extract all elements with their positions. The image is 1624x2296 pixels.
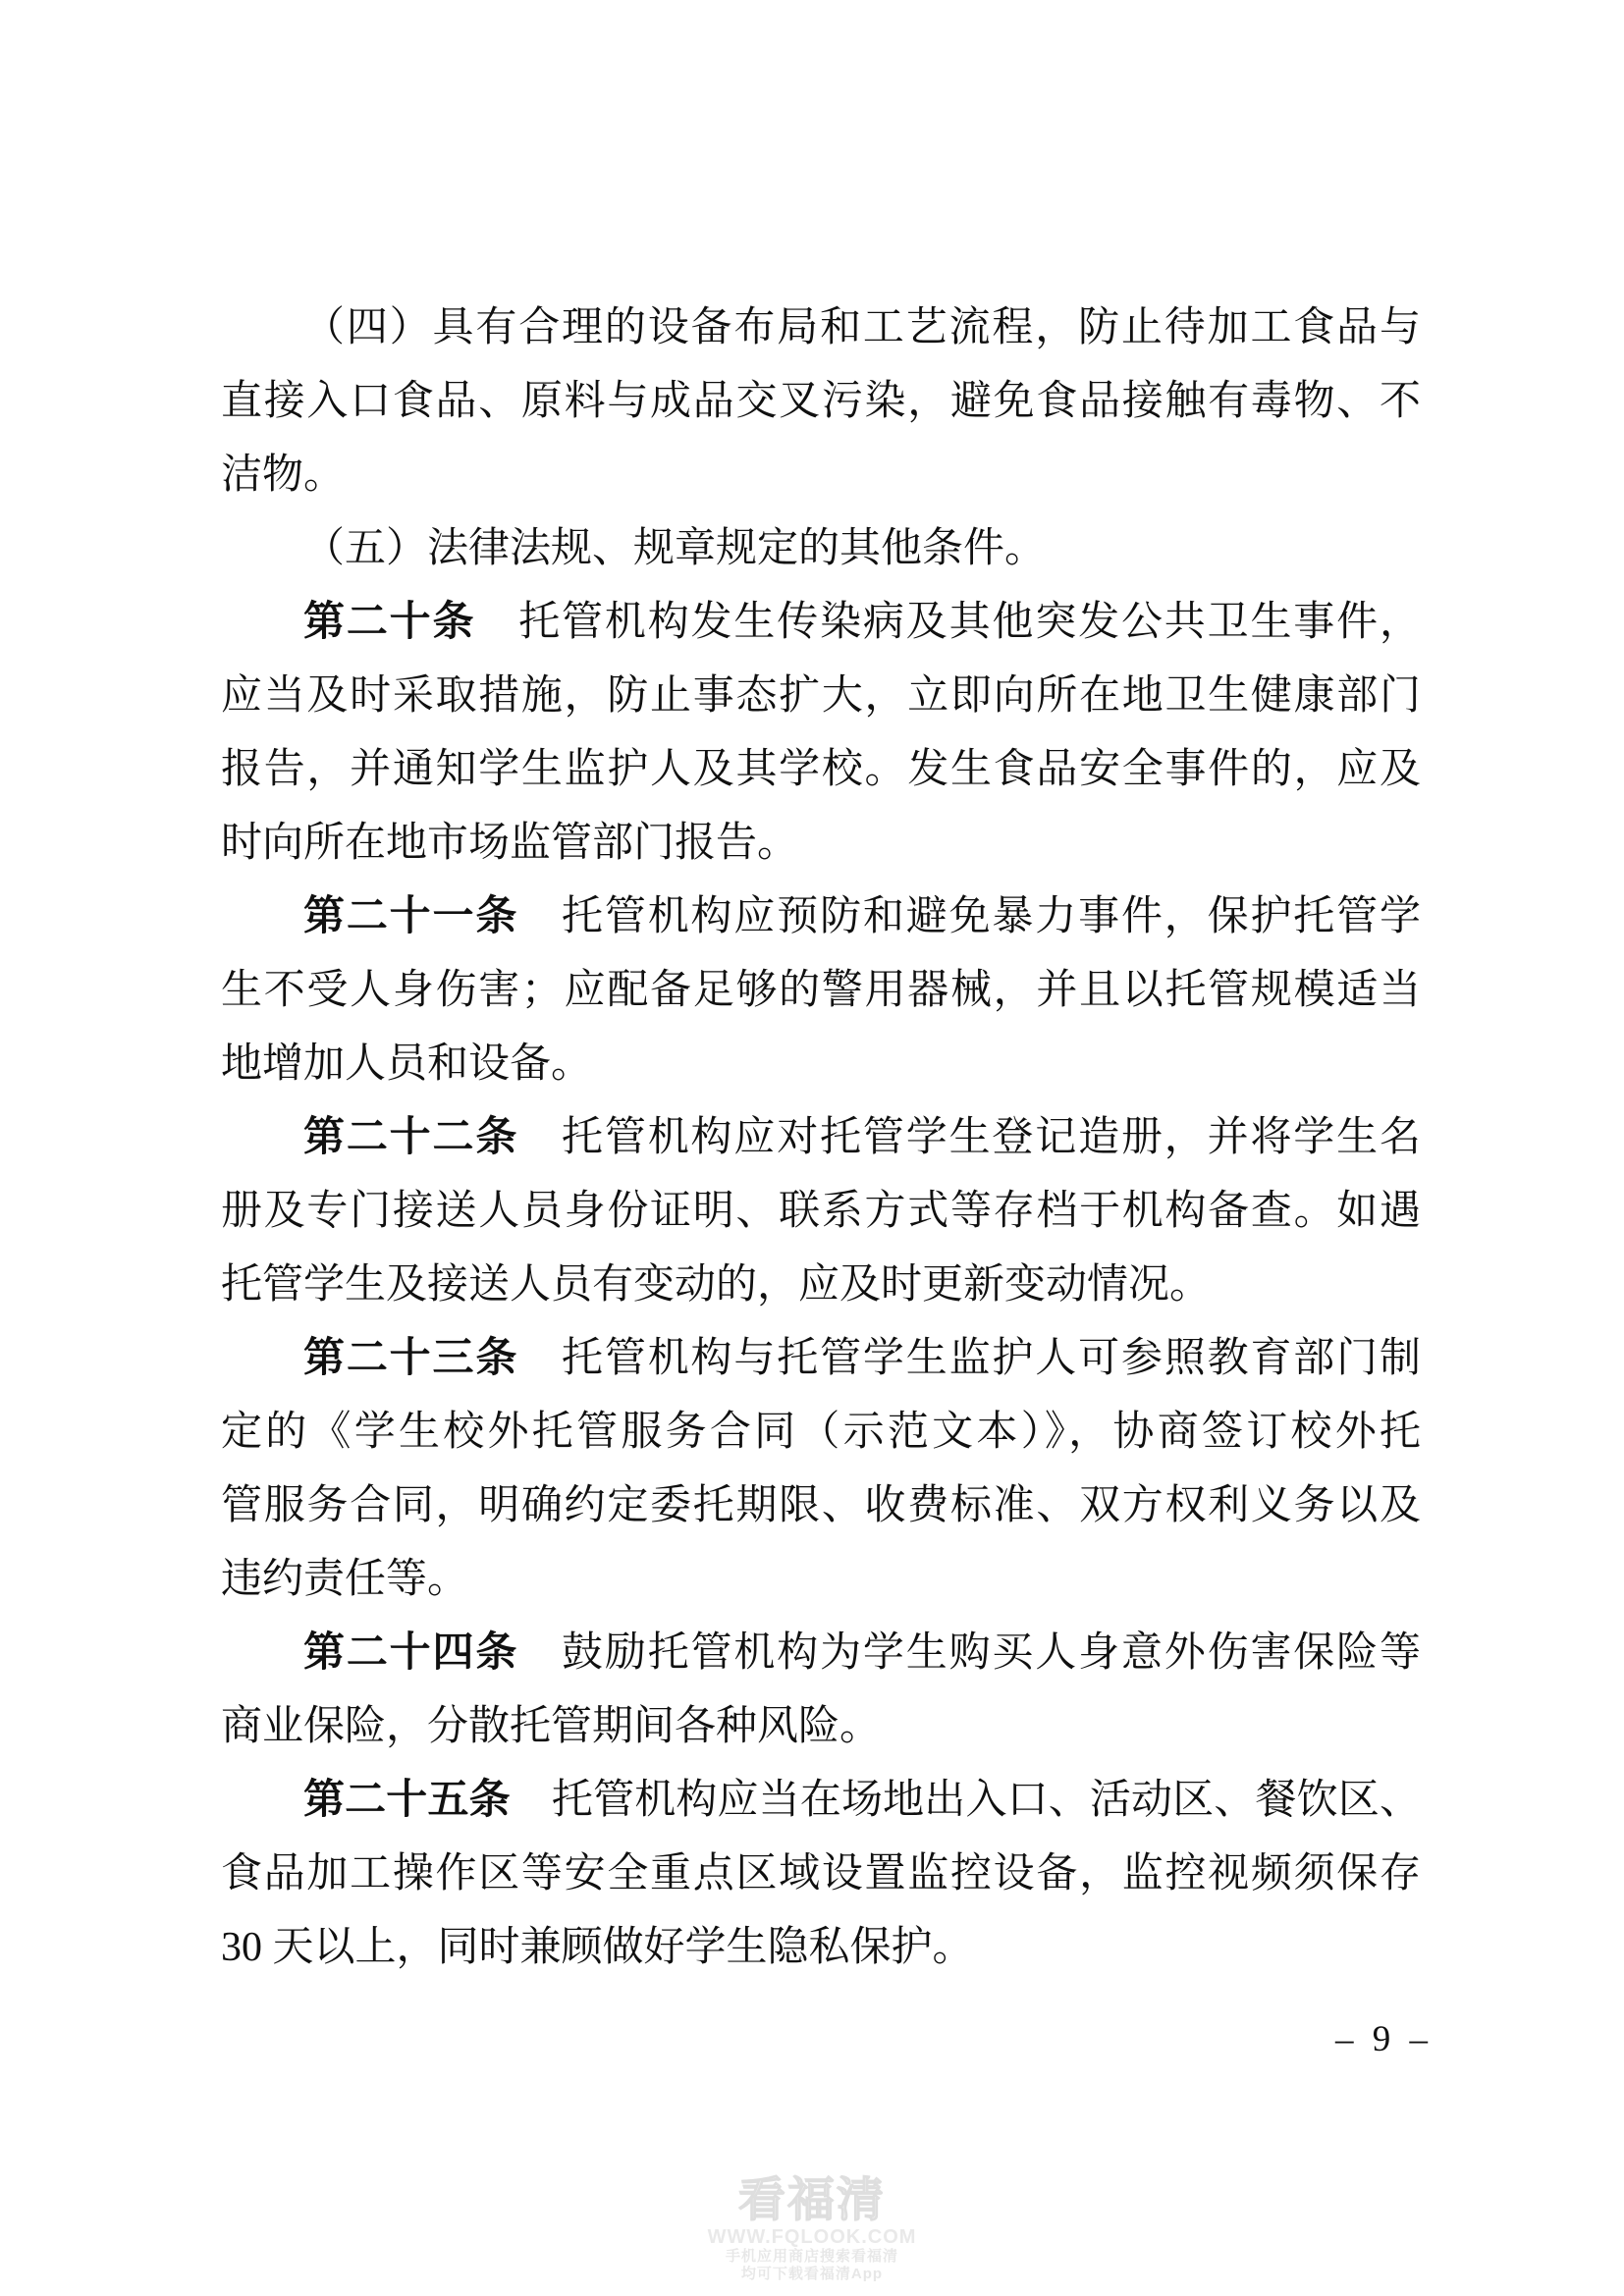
paragraph: （四）具有合理的设备布局和工艺流程，防止待加工食品与直接入口食品、原料与成品交叉…	[221, 292, 1421, 512]
text-line: 册及专门接送人员身份证明、联系方式等存档于机构备查。如遇	[221, 1175, 1421, 1249]
document-body: （四）具有合理的设备布局和工艺流程，防止待加工食品与直接入口食品、原料与成品交叉…	[221, 292, 1421, 1985]
article-number: 第二十二条	[303, 1115, 518, 1160]
text-line: 直接入口食品、原料与成品交叉污染，避免食品接触有毒物、不	[221, 365, 1421, 439]
paragraph: 第二十二条 托管机构应对托管学生登记造册，并将学生名册及专门接送人员身份证明、联…	[221, 1101, 1421, 1322]
article-number: 第二十四条	[303, 1630, 518, 1676]
text-line: 时向所在地市场监管部门报告。	[221, 807, 1421, 881]
paragraph: 第二十五条 托管机构应当在场地出入口、活动区、餐饮区、食品加工操作区等安全重点区…	[221, 1764, 1421, 1985]
text-line: 第二十一条 托管机构应预防和避免暴力事件，保护托管学	[221, 881, 1421, 954]
watermark-line1: 手机应用商店搜索看福清	[0, 2248, 1624, 2266]
paragraph: （五）法律法规、规章规定的其他条件。	[221, 512, 1421, 586]
text-line: （四）具有合理的设备布局和工艺流程，防止待加工食品与	[221, 292, 1421, 365]
paragraph: 第二十一条 托管机构应预防和避免暴力事件，保护托管学生不受人身伤害；应配备足够的…	[221, 881, 1421, 1101]
text-line: 30 天以上，同时兼顾做好学生隐私保护。	[221, 1911, 1421, 1985]
text-line: 第二十条 托管机构发生传染病及其他突发公共卫生事件，	[221, 586, 1421, 660]
text-line: 地增加人员和设备。	[221, 1028, 1421, 1101]
text-line: 违约责任等。	[221, 1543, 1421, 1617]
page-number: – 9 –	[1335, 2018, 1428, 2061]
text-line: 第二十二条 托管机构应对托管学生登记造册，并将学生名	[221, 1101, 1421, 1175]
text-line: 食品加工操作区等安全重点区域设置监控设备，监控视频须保存	[221, 1838, 1421, 1911]
document-page: （四）具有合理的设备布局和工艺流程，防止待加工食品与直接入口食品、原料与成品交叉…	[0, 0, 1624, 2296]
article-number: 第二十五条	[303, 1778, 511, 1823]
text-line: 第二十四条 鼓励托管机构为学生购买人身意外伤害保险等	[221, 1617, 1421, 1690]
paragraph: 第二十三条 托管机构与托管学生监护人可参照教育部门制定的《学生校外托管服务合同（…	[221, 1322, 1421, 1617]
text-line: （五）法律法规、规章规定的其他条件。	[221, 512, 1421, 586]
watermark-title: 看福清	[0, 2175, 1624, 2226]
text-line: 生不受人身伤害；应配备足够的警用器械，并且以托管规模适当	[221, 954, 1421, 1028]
text-line: 管服务合同，明确约定委托期限、收费标准、双方权利义务以及	[221, 1469, 1421, 1543]
watermark-url: WWW.FQLOOK.COM	[0, 2226, 1624, 2248]
paragraph: 第二十条 托管机构发生传染病及其他突发公共卫生事件，应当及时采取措施，防止事态扩…	[221, 586, 1421, 881]
article-number: 第二十一条	[303, 894, 518, 939]
text-line: 应当及时采取措施，防止事态扩大，立即向所在地卫生健康部门	[221, 660, 1421, 733]
text-line: 第二十五条 托管机构应当在场地出入口、活动区、餐饮区、	[221, 1764, 1421, 1838]
text-line: 洁物。	[221, 439, 1421, 512]
article-number: 第二十条	[303, 600, 475, 645]
text-line: 报告，并通知学生监护人及其学校。发生食品安全事件的，应及	[221, 733, 1421, 807]
text-line: 商业保险，分散托管期间各种风险。	[221, 1690, 1421, 1764]
text-line: 第二十三条 托管机构与托管学生监护人可参照教育部门制	[221, 1322, 1421, 1396]
text-line: 定的《学生校外托管服务合同（示范文本）》，协商签订校外托	[221, 1396, 1421, 1469]
text-line: 托管学生及接送人员有变动的，应及时更新变动情况。	[221, 1249, 1421, 1322]
watermark-line2: 均可下载看福清App	[0, 2266, 1624, 2283]
paragraph: 第二十四条 鼓励托管机构为学生购买人身意外伤害保险等商业保险，分散托管期间各种风…	[221, 1617, 1421, 1764]
article-number: 第二十三条	[303, 1336, 518, 1381]
watermark: 看福清 WWW.FQLOOK.COM 手机应用商店搜索看福清 均可下载看福清Ap…	[0, 2175, 1624, 2283]
